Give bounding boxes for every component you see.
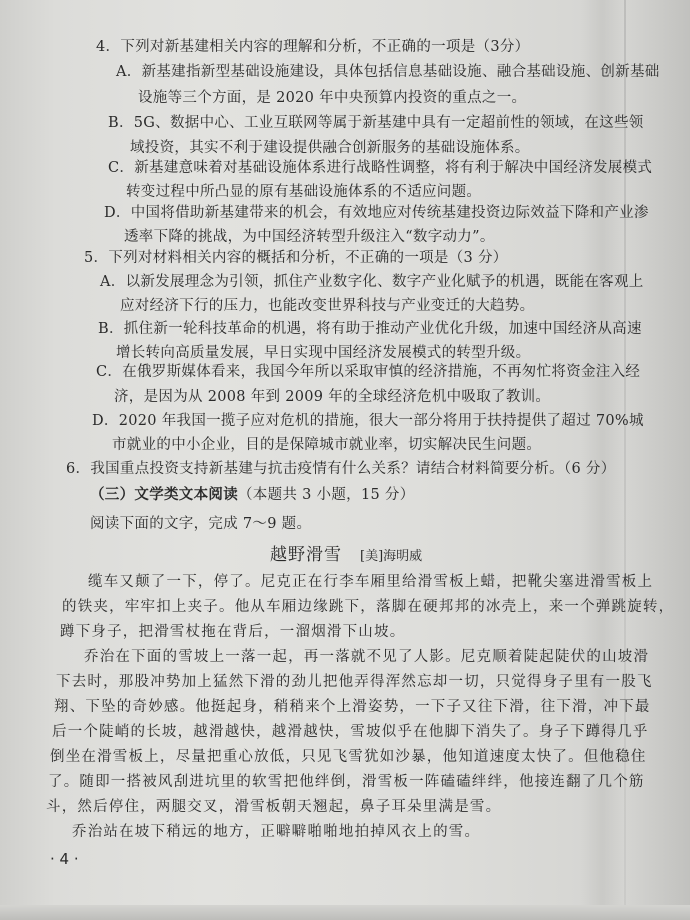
q4-option-d-line2: 透率下降的挑战，为中国经济转型升级注入“数字动力”。 <box>124 227 495 247</box>
q4-option-c-line1: C．新基建意味着对基础设施体系进行战略性调整，将有利于解决中国经济发展模式 <box>108 158 652 178</box>
passage-line: 斗，然后停住，两腿交叉，滑雪板朝天翘起，鼻子耳朵里满是雪。 <box>46 797 501 817</box>
passage-author: [美]海明威 <box>360 549 422 564</box>
q5-option-b-line2: 增长转向高质量发展，早日实现中国经济发展模式的转型升级。 <box>116 343 530 363</box>
passage-line: 了。随即一搭被风刮进坑里的软雪把他绊倒，滑雪板一阵磕磕绊绊，他接连翻了几个筋 <box>48 772 645 792</box>
section-heading: （三）文学类文本阅读（本题共 3 小题，15 分） <box>90 485 415 505</box>
question-4-stem: 4．下列对新基建相关内容的理解和分析，不正确的一项是（3分） <box>96 37 529 57</box>
passage-line: 下去时，那股冲势加上猛然下滑的劲儿把他弄得浑然忘却一切，只觉得身子里有一股飞 <box>56 672 653 692</box>
passage-line: 乔治在下面的雪坡上一落一起，再一落就不见了人影。尼克顺着陡起陡伏的山坡滑 <box>84 647 649 667</box>
q5-option-a-line1: A．以新发展理念为引领，抓住产业数字化、数字产业化赋予的机遇，既能在客观上 <box>100 272 644 292</box>
page-number: · 4 · <box>50 850 79 868</box>
question-6-stem: 6．我国重点投资支持新基建与抗击疫情有什么关系？请结合材料简要分析。（6 分） <box>66 459 616 479</box>
q4-option-b-line2: 域投资，其实不利于建设提供融合创新服务的基础设施体系。 <box>130 138 530 158</box>
q4-option-d-line1: D．中国将借助新基建带来的机会，有效地应对传统基建投资边际效益下降和产业渗 <box>104 203 649 223</box>
q5-option-b-line1: B．抓住新一轮科技革命的机遇，将有助于推动产业优化升级，加速中国经济从高速 <box>98 319 642 339</box>
section-title: （三）文学类文本阅读 <box>90 487 238 503</box>
passage-line: 倒坐在滑雪板上，尽量把重心放低，只见飞雪犹如沙暴，他知道速度太快了。但他稳住 <box>50 747 647 767</box>
q4-option-c-line2: 转变过程中所凸显的原有基础设施体系的不适应问题。 <box>126 182 481 202</box>
passage-title: 越野滑雪 <box>270 545 342 565</box>
paper-bottom-edge <box>0 905 690 920</box>
passage-title-row: 越野滑雪[美]海明威 <box>270 540 422 565</box>
question-5-stem: 5．下列对材料相关内容的概括和分析，不正确的一项是（3 分） <box>84 248 508 268</box>
passage-line: 蹲下身子，把滑雪杖拖在背后，一溜烟滑下山坡。 <box>60 622 405 642</box>
q5-option-c-line2: 济，是因为从 2008 年到 2009 年的全球经济危机中吸取了教训。 <box>114 387 550 407</box>
passage-line: 后一个陡峭的长坡，越滑越快，越滑越快，雪坡似乎在他脚下消失了。身子下蹲得几乎 <box>52 722 649 742</box>
q5-option-c-line1: C．在俄罗斯媒体看来，我国今年所以采取审慎的经济措施，不再匆忙将资金注入经 <box>96 362 640 382</box>
passage-line: 缆车又颠了一下，停了。尼克正在行李车厢里给滑雪板上蜡，把靴尖塞进滑雪板上 <box>88 572 653 592</box>
q4-option-b-line1: B．5G、数据中心、工业互联网等属于新基建中具有一定超前性的领域，在这些领 <box>108 113 644 133</box>
passage-line: 的铁夹，牢牢扣上夹子。他从车厢边缘跳下，落脚在硬邦邦的冰壳上，来一个弹跳旋转， <box>62 597 674 617</box>
section-instruction: 阅读下面的文字，完成 7～9 题。 <box>90 514 311 534</box>
q5-option-a-line2: 应对经济下行的压力，也能改变世界科技与产业变迁的大趋势。 <box>120 296 534 316</box>
q4-option-a-line2: 设施等三个方面，是 2020 年中央预算内投资的重点之一。 <box>138 88 526 108</box>
passage-line: 翔、下坠的奇妙感。他挺起身，稍稍来个上滑姿势，一下子又往下滑，往下滑，冲下最 <box>54 697 651 717</box>
q4-option-a-line1: A．新基建指新型基础设施建设，具体包括信息基础设施、融合基础设施、创新基础 <box>116 62 660 82</box>
q5-option-d-line1: D．2020 年我国一揽子应对危机的措施，很大一部分将用于扶持提供了超过 70%… <box>92 411 644 431</box>
passage-line: 乔治站在坡下稍远的地方，正噼噼啪啪地拍掉风衣上的雪。 <box>72 822 480 842</box>
section-note: （本题共 3 小题，15 分） <box>238 487 415 503</box>
q5-option-d-line2: 市就业的中小企业，目的是保障城市就业率，切实解决民生问题。 <box>112 435 541 455</box>
